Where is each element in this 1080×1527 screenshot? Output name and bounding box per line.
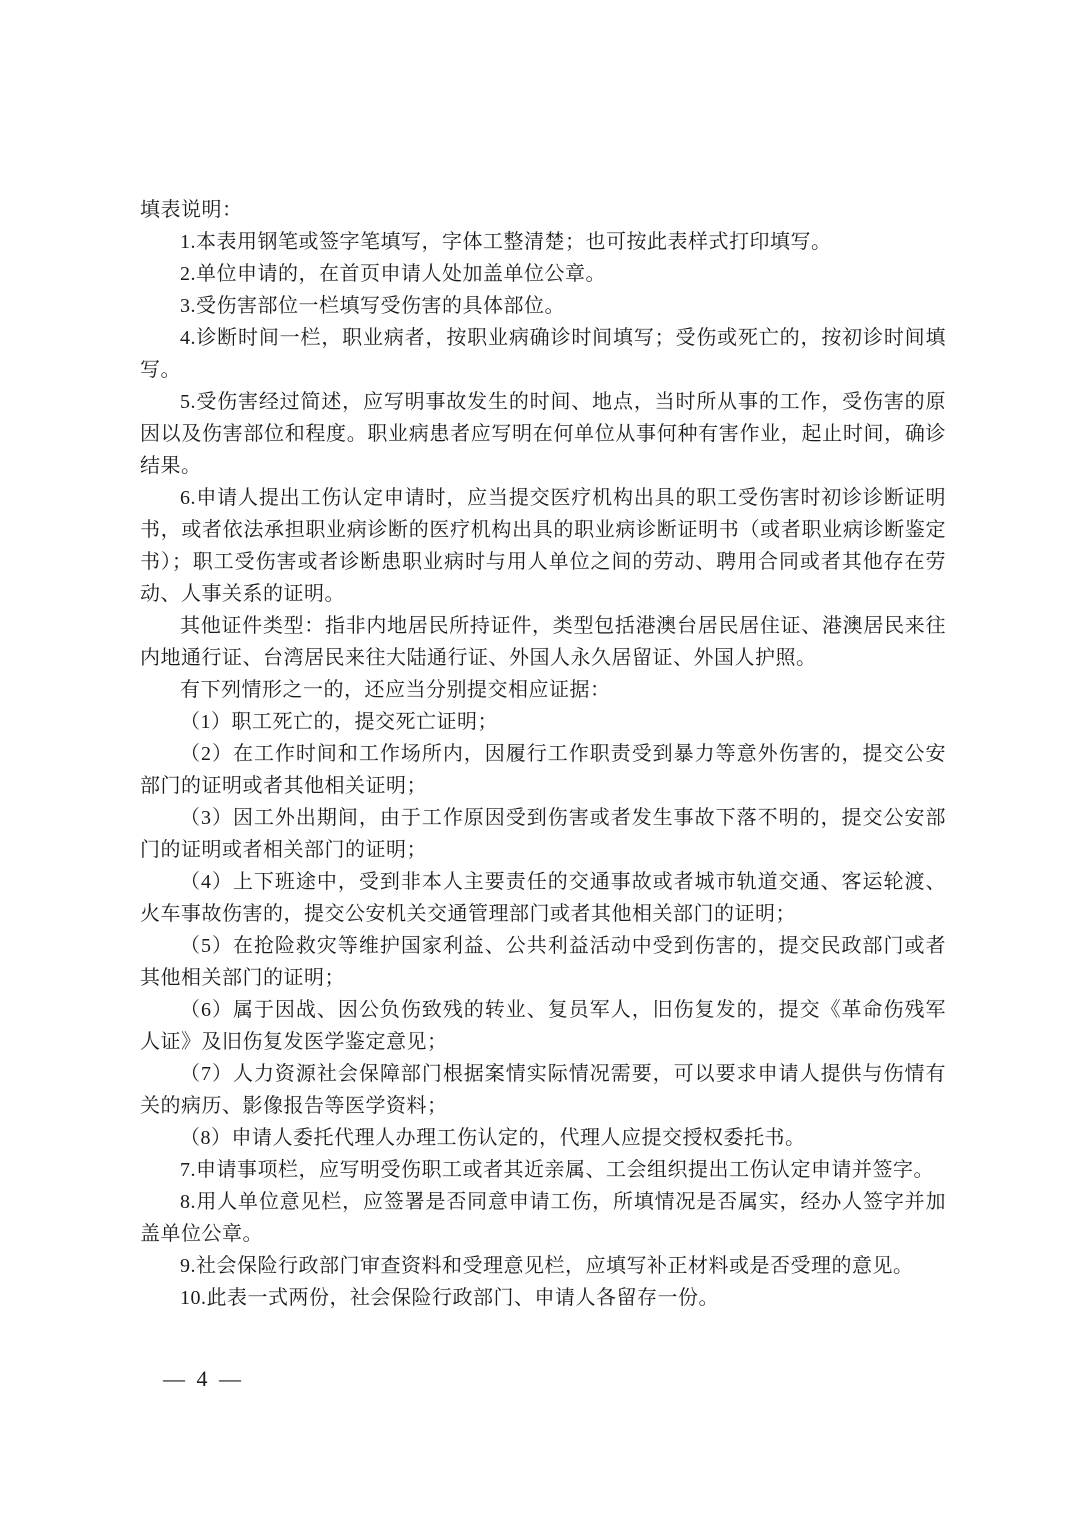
instruction-item-1: 1.本表用钢笔或签字笔填写，字体工整清楚；也可按此表样式打印填写。 (140, 226, 946, 258)
evidence-case-8: （8）申请人委托代理人办理工伤认定的，代理人应提交授权委托书。 (140, 1122, 946, 1154)
instruction-item-10: 10.此表一式两份，社会保险行政部门、申请人各留存一份。 (140, 1282, 946, 1314)
evidence-case-4: （4）上下班途中，受到非本人主要责任的交通事故或者城市轨道交通、客运轮渡、火车事… (140, 866, 946, 930)
evidence-case-6: （6）属于因战、因公负伤致残的转业、复员军人，旧伤复发的，提交《革命伤残军人证》… (140, 994, 946, 1058)
instruction-evidence-intro: 有下列情形之一的，还应当分别提交相应证据： (140, 674, 946, 706)
evidence-case-1: （1）职工死亡的，提交死亡证明； (140, 706, 946, 738)
instruction-item-7: 7.申请事项栏，应写明受伤职工或者其近亲属、工会组织提出工伤认定申请并签字。 (140, 1154, 946, 1186)
instruction-item-6: 6.申请人提出工伤认定申请时，应当提交医疗机构出具的职工受伤害时初诊诊断证明书，… (140, 482, 946, 610)
instruction-item-9: 9.社会保险行政部门审查资料和受理意见栏，应填写补正材料或是否受理的意见。 (140, 1250, 946, 1282)
evidence-case-5: （5）在抢险救灾等维护国家利益、公共利益活动中受到伤害的，提交民政部门或者其他相… (140, 930, 946, 994)
document-page: 填表说明： 1.本表用钢笔或签字笔填写，字体工整清楚；也可按此表样式打印填写。 … (0, 0, 1080, 1527)
instruction-item-2: 2.单位申请的，在首页申请人处加盖单位公章。 (140, 258, 946, 290)
evidence-case-2: （2）在工作时间和工作场所内，因履行工作职责受到暴力等意外伤害的，提交公安部门的… (140, 738, 946, 802)
instructions-section: 填表说明： 1.本表用钢笔或签字笔填写，字体工整清楚；也可按此表样式打印填写。 … (140, 194, 946, 1314)
evidence-case-7: （7）人力资源社会保障部门根据案情实际情况需要，可以要求申请人提供与伤情有关的病… (140, 1058, 946, 1122)
page-number: — 4 — (163, 1364, 244, 1394)
instruction-other-id-types: 其他证件类型：指非内地居民所持证件，类型包括港澳台居民居住证、港澳居民来往内地通… (140, 610, 946, 674)
instruction-item-3: 3.受伤害部位一栏填写受伤害的具体部位。 (140, 290, 946, 322)
instruction-item-8: 8.用人单位意见栏，应签署是否同意申请工伤，所填情况是否属实，经办人签字并加盖单… (140, 1186, 946, 1250)
instruction-item-4: 4.诊断时间一栏，职业病者，按职业病确诊时间填写；受伤或死亡的，按初诊时间填写。 (140, 322, 946, 386)
evidence-case-3: （3）因工外出期间，由于工作原因受到伤害或者发生事故下落不明的，提交公安部门的证… (140, 802, 946, 866)
instruction-item-5: 5.受伤害经过简述，应写明事故发生的时间、地点，当时所从事的工作，受伤害的原因以… (140, 386, 946, 482)
instructions-title: 填表说明： (140, 194, 946, 226)
